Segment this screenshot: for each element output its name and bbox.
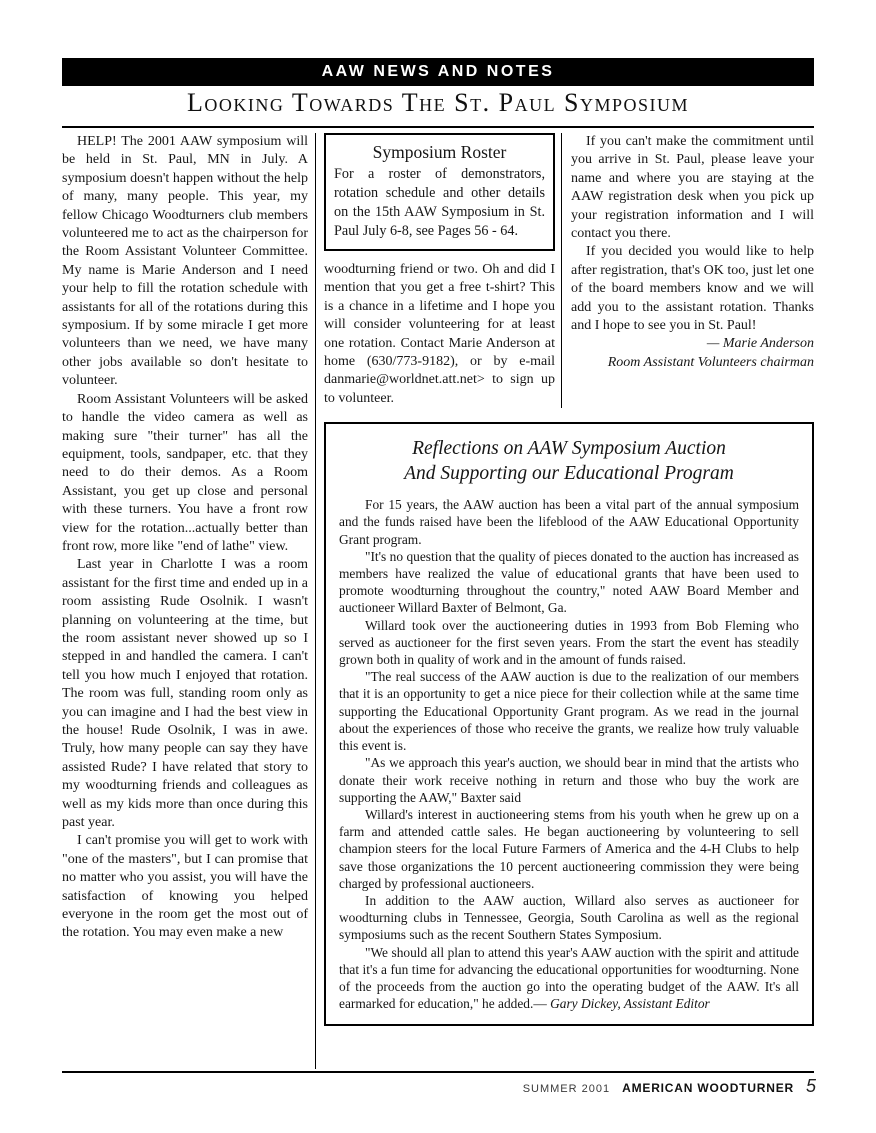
footer-page-number: 5	[806, 1076, 816, 1097]
signature-role: Room Assistant Volunteers chairman	[571, 354, 814, 372]
closing-byline: Gary Dickey, Assistant Editor	[550, 996, 710, 1011]
section-banner: AAW NEWS AND NOTES	[62, 58, 814, 86]
right-region: Symposium Roster For a roster of demonst…	[316, 133, 814, 1069]
header-rule	[62, 126, 814, 128]
page-title: Looking Towards The St. Paul Symposium	[62, 88, 814, 118]
paragraph: If you decided you would like to help af…	[571, 243, 814, 335]
footer-season: SUMMER 2001	[523, 1083, 610, 1095]
roster-box-body: For a roster of demonstrators, rotation …	[334, 165, 545, 241]
paragraph: Willard's interest in auctioneering stem…	[339, 806, 799, 892]
paragraph: "The real success of the AAW auction is …	[339, 668, 799, 754]
section-banner-label: AAW NEWS AND NOTES	[322, 63, 555, 81]
signature-name: — Marie Anderson	[571, 335, 814, 353]
footer-rule	[62, 1071, 814, 1073]
footer-magazine-title: AMERICAN WOODTURNER	[622, 1081, 794, 1095]
paragraph: I can't promise you will get to work wit…	[62, 832, 308, 942]
paragraph: "It's no question that the quality of pi…	[339, 548, 799, 617]
roster-box-title: Symposium Roster	[334, 142, 545, 163]
magazine-page: AAW NEWS AND NOTES Looking Towards The S…	[0, 0, 876, 1133]
columns-2-3: Symposium Roster For a roster of demonst…	[324, 133, 814, 408]
reflections-box: Reflections on AAW Symposium Auction And…	[324, 422, 814, 1026]
reflections-box-title: Reflections on AAW Symposium Auction And…	[339, 436, 799, 486]
paragraph: For 15 years, the AAW auction has been a…	[339, 496, 799, 548]
reflections-title-line2: And Supporting our Educational Program	[404, 463, 734, 484]
article-body: HELP! The 2001 AAW symposium will be hel…	[62, 133, 814, 1069]
closing-paragraph: "We should all plan to attend this year'…	[339, 944, 799, 1013]
paragraph: Last year in Charlotte I was a room assi…	[62, 556, 308, 832]
roster-box: Symposium Roster For a roster of demonst…	[324, 133, 555, 251]
paragraph: In addition to the AAW auction, Willard …	[339, 892, 799, 944]
paragraph: If you can't make the commitment until y…	[571, 133, 814, 243]
paragraph: Willard took over the auctioneering duti…	[339, 617, 799, 669]
column-1: HELP! The 2001 AAW symposium will be hel…	[62, 133, 316, 1069]
paragraph: "As we approach this year's auction, we …	[339, 754, 799, 806]
paragraph: HELP! The 2001 AAW symposium will be hel…	[62, 133, 308, 391]
reflections-title-line1: Reflections on AAW Symposium Auction	[412, 438, 726, 459]
paragraph: woodturning friend or two. Oh and did I …	[324, 261, 555, 408]
column-2: Symposium Roster For a roster of demonst…	[324, 133, 562, 408]
column-3: If you can't make the commitment until y…	[562, 133, 814, 408]
paragraph: Room Assistant Volunteers will be asked …	[62, 391, 308, 557]
page-footer: SUMMER 2001 AMERICAN WOODTURNER 5	[523, 1076, 816, 1097]
